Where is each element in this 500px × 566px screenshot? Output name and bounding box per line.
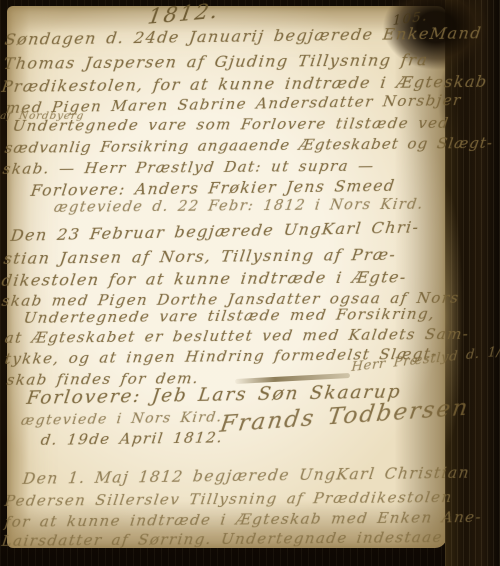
manuscript-scan: 1812. 105. Søndagen d. 24de Januarij beg… [0,0,500,566]
manuscript-line: Thomas Jaspersen af Gjuding Tillysning f… [2,50,429,73]
witness-line: d. 19de April 1812. [40,428,225,449]
witness-line: ægteviede d. 22 Febr: 1812 i Nors Kird. [53,197,425,216]
manuscript-line: dikestolen for at kunne indtræde i Ægte- [0,267,408,290]
manuscript-line: skab. — Herr Præstlyd Dat: ut supra — [2,157,376,178]
manuscript-line: Undertegnede vare som Forlovere tilstæde… [12,114,451,135]
